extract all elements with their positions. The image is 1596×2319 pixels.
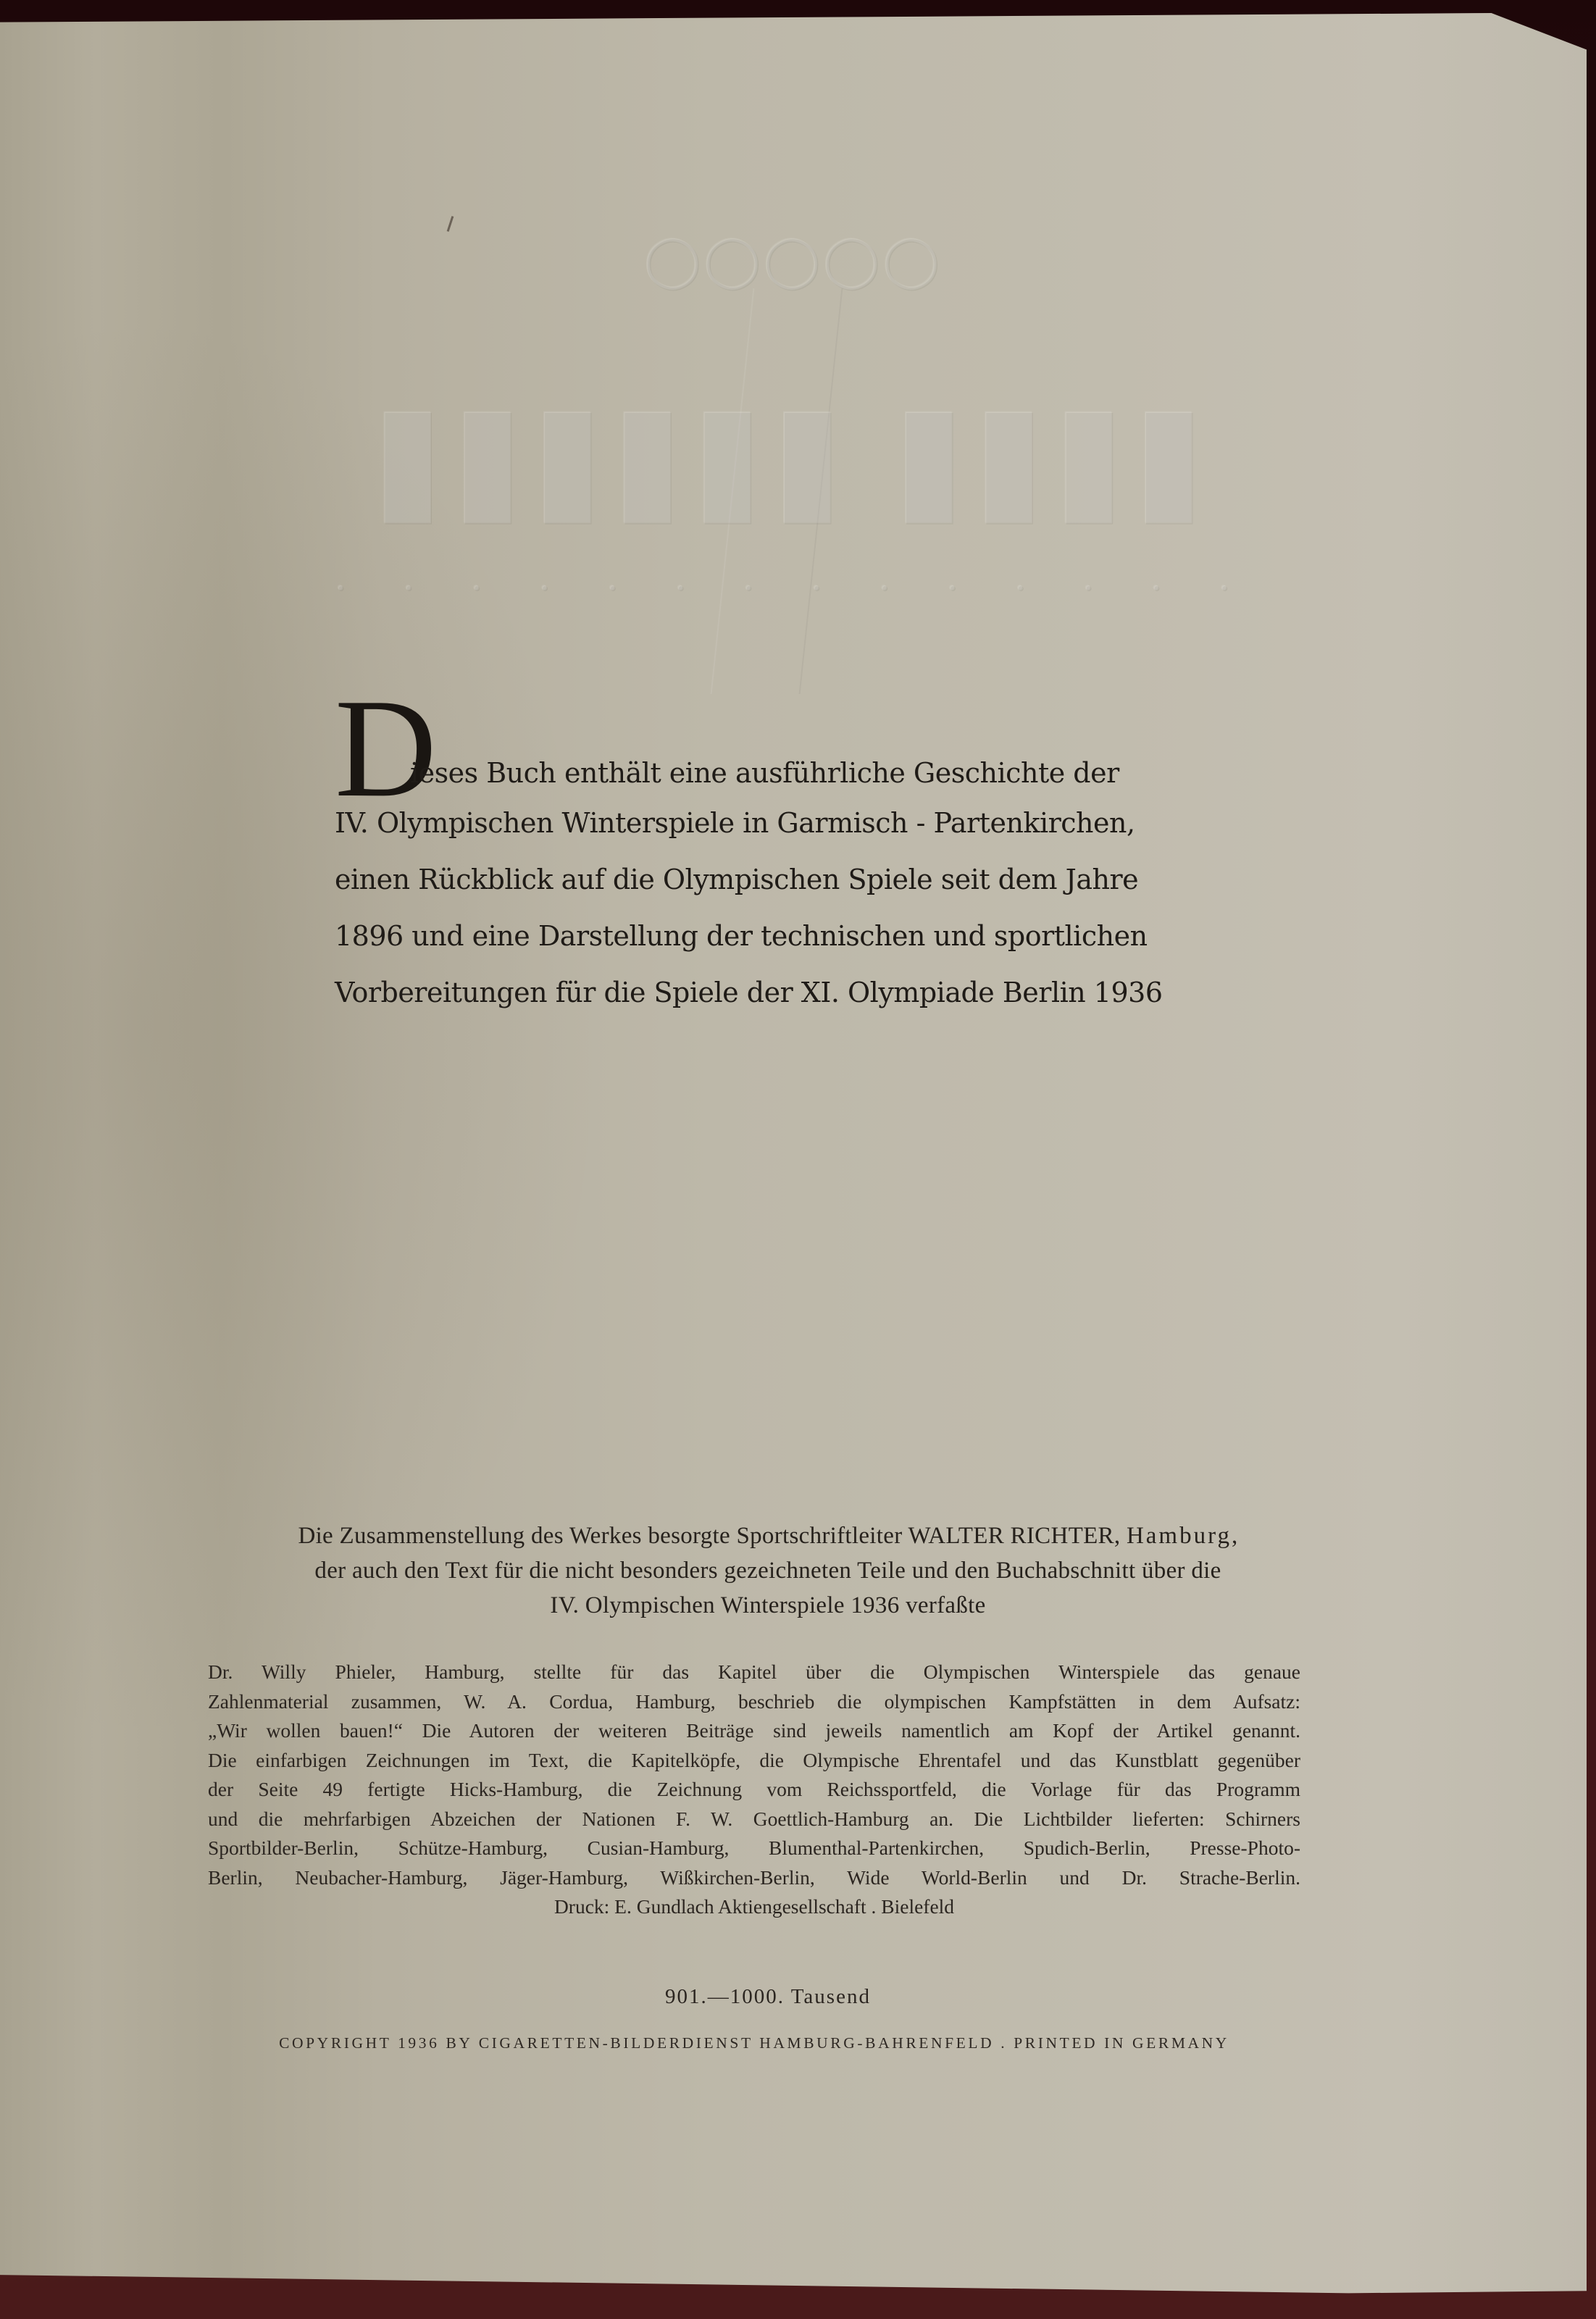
punctuation: , (1232, 1523, 1238, 1549)
printer-line: Druck: E. Gundlach Aktiengesellschaft . … (208, 1892, 1300, 1922)
contributor-credits: Dr. Willy Phieler, Hamburg, stellte für … (208, 1658, 1300, 1922)
credit-line: der Seite 49 fertigte Hicks-Hamburg, die… (208, 1775, 1300, 1805)
copyright-notice: COPYRIGHT 1936 BY CIGARETTEN-BILDERDIENS… (208, 2034, 1300, 2052)
editor-credit-line: IV. Olympischen Winterspiele 1936 verfaß… (203, 1588, 1333, 1623)
intro-line: einen Rückblick auf die Olympischen Spie… (335, 851, 1190, 908)
credit-line: „Wir wollen bauen!“ Die Autoren der weit… (208, 1716, 1300, 1746)
intro-line: ieses Buch enthält eine ausführliche Ges… (410, 751, 1119, 795)
credit-line: Berlin, Neubacher-Hamburg, Jäger-Hamburg… (208, 1863, 1300, 1893)
credit-line: Zahlenmaterial zusammen, W. A. Cordua, H… (208, 1687, 1300, 1717)
editor-credit-line: der auch den Text für die nicht besonder… (203, 1553, 1333, 1588)
intro-line: 1896 und eine Darstellung der technische… (335, 908, 1190, 964)
credit-line: Dr. Willy Phieler, Hamburg, stellte für … (208, 1658, 1300, 1687)
editor-credit-line: Die Zusammenstellung des Werkes besorgte… (203, 1518, 1333, 1553)
intro-first-line: D ieses Buch enthält eine ausführliche G… (335, 698, 1190, 799)
intro-line: IV. Olympischen Winterspiele in Garmisch… (335, 795, 1190, 851)
book-page: ◯◯◯◯◯ ▮▮▮▮▮▮ ▮▮▮▮ · · · · · · · · · · · … (0, 13, 1587, 2302)
editor-credit-text: Die Zusammenstellung des Werkes besorgte… (298, 1523, 1127, 1549)
embossed-figure-decoration (711, 288, 843, 694)
editor-credits: Die Zusammenstellung des Werkes besorgte… (203, 1518, 1333, 1623)
embossed-olympic-rings-icon: ◯◯◯◯◯ (0, 230, 1587, 291)
credit-line: und die mehrfarbigen Abzeichen der Natio… (208, 1805, 1300, 1834)
intro-paragraph: D ieses Buch enthält eine ausführliche G… (335, 698, 1190, 1021)
credit-line: Die einfarbigen Zeichnungen im Text, die… (208, 1746, 1300, 1776)
edition-number: 901.—1000. Tausend (203, 1985, 1333, 2009)
editor-city: Hamburg (1127, 1523, 1232, 1549)
credit-line: Sportbilder-Berlin, Schütze-Hamburg, Cus… (208, 1834, 1300, 1863)
intro-line: Vorbereitungen für die Spiele der XI. Ol… (335, 964, 1190, 1021)
ink-mark (447, 216, 454, 232)
